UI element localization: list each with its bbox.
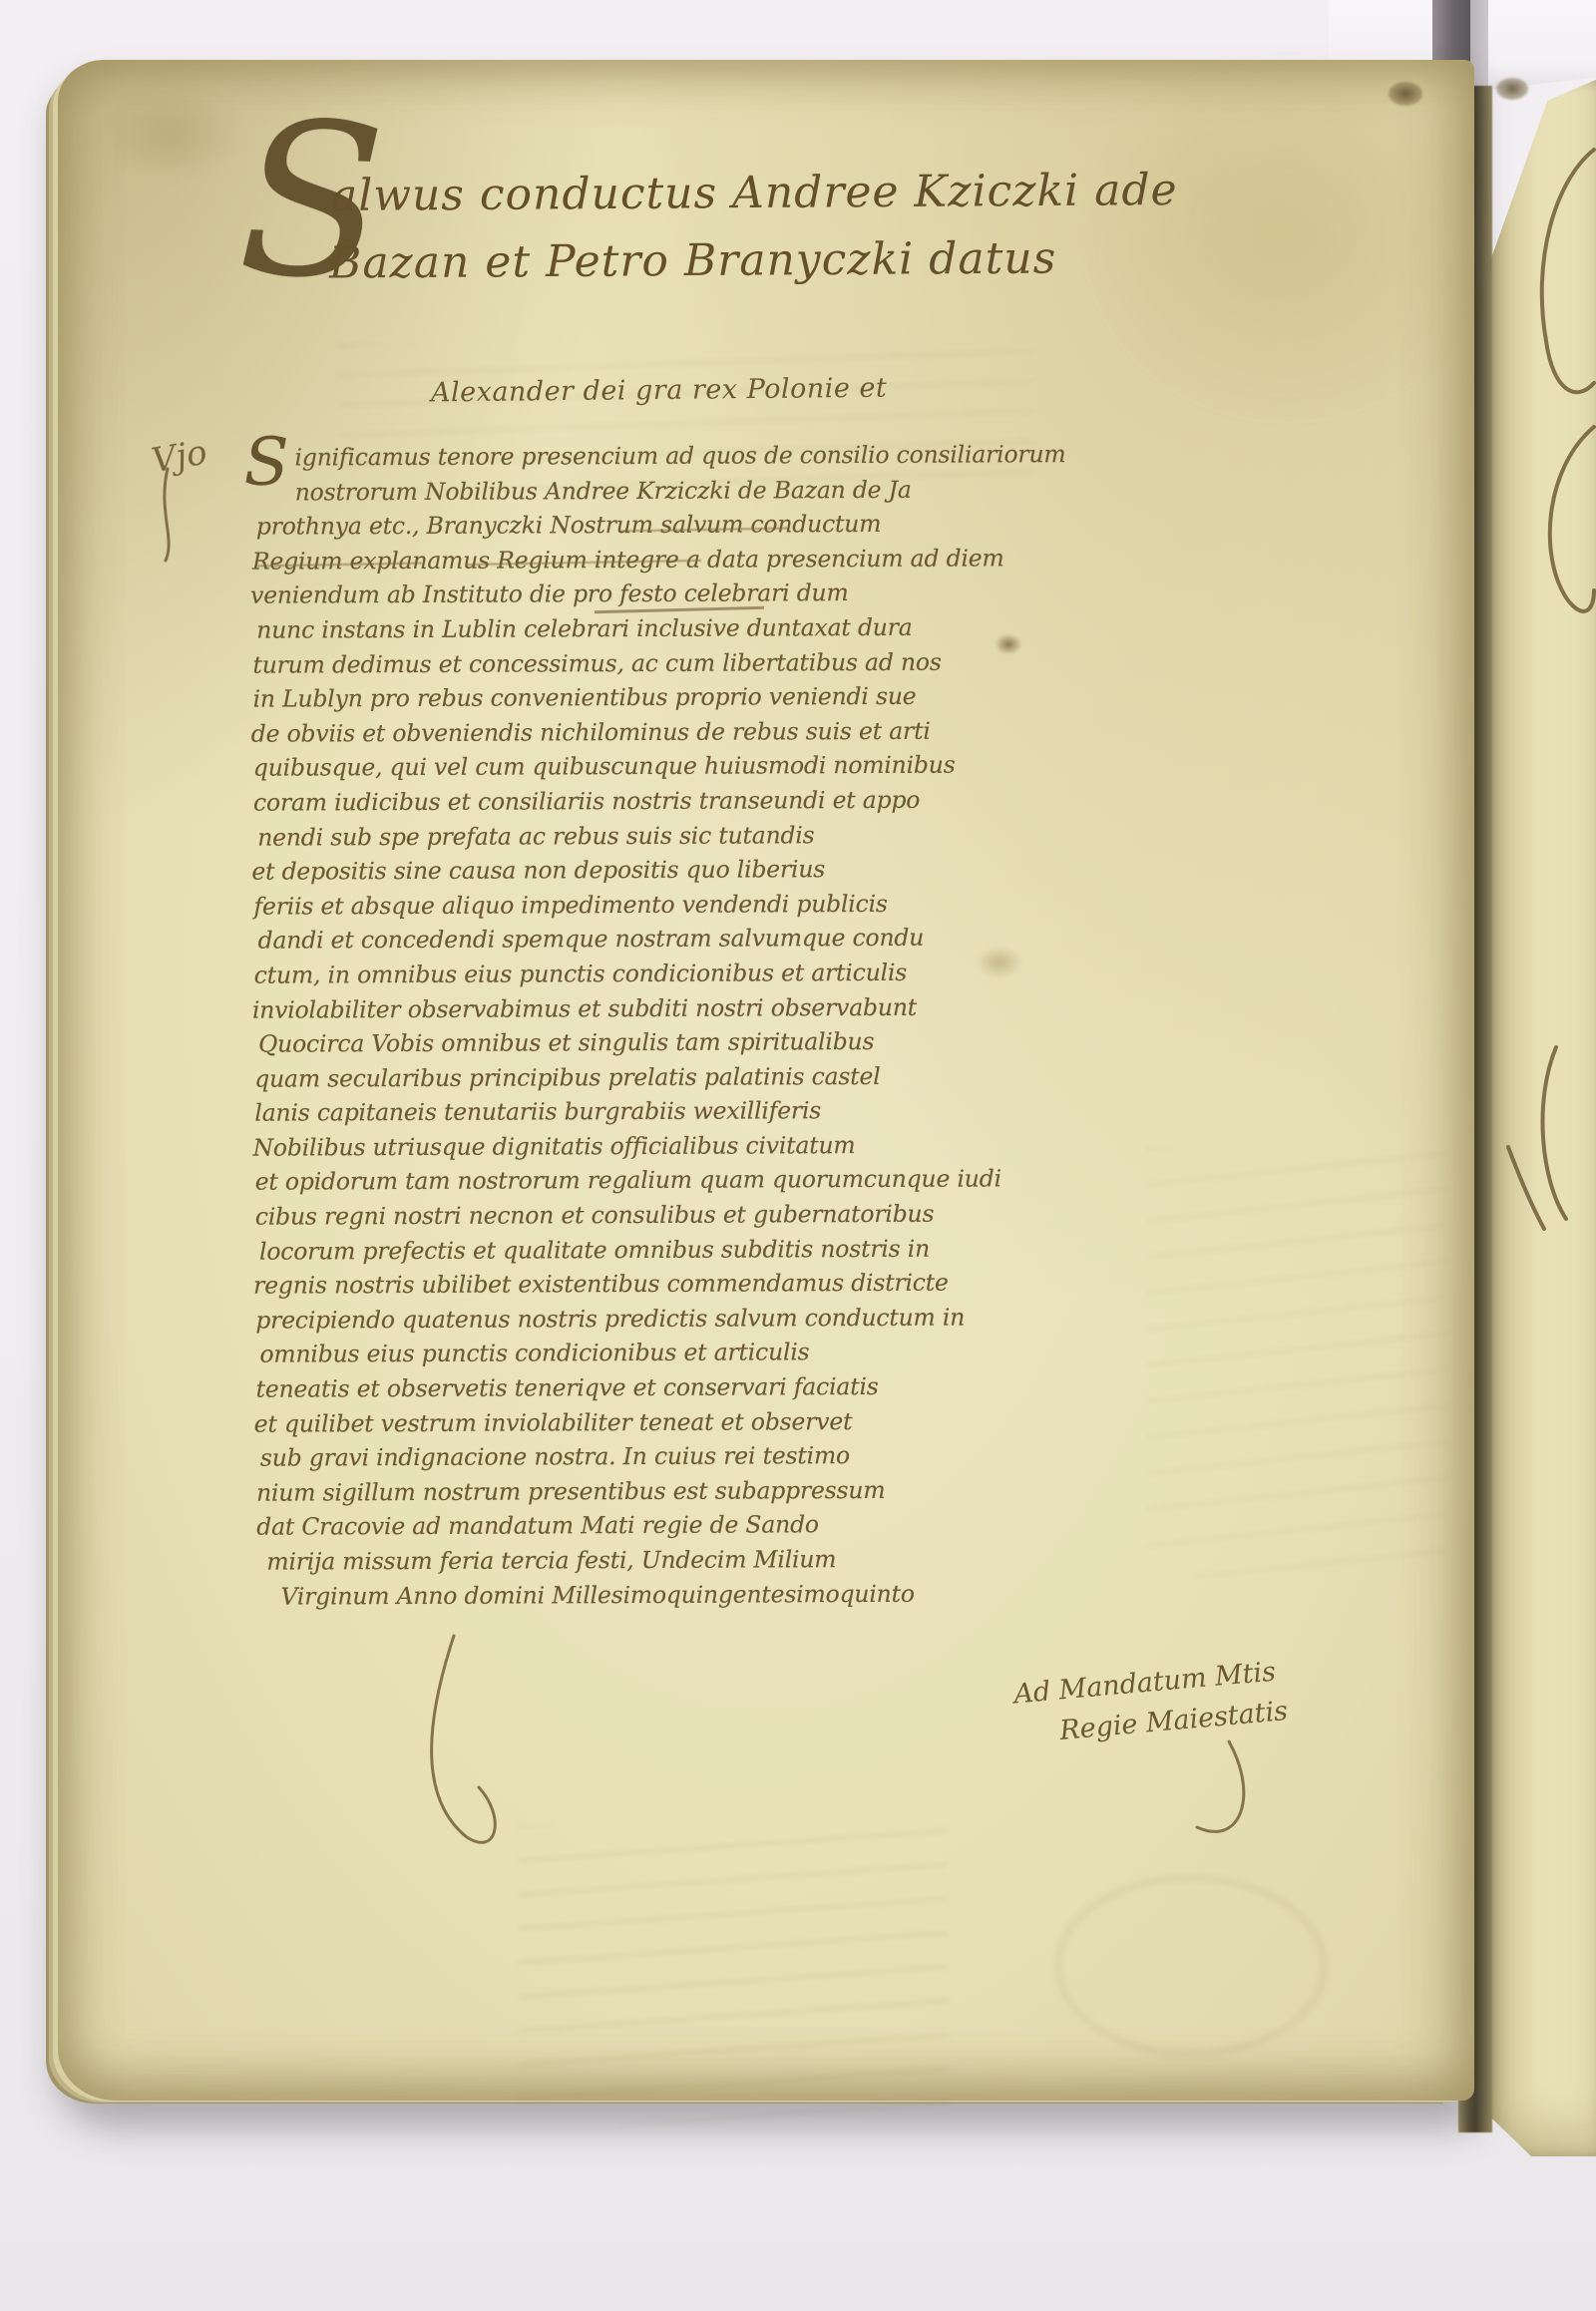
manuscript-text-line: dat Cracovie ad mandatum Mati regie de S… bbox=[256, 1507, 1022, 1545]
manuscript-text-line: prothnya etc., Branyczki Nostrum salvum … bbox=[256, 507, 1018, 545]
manuscript-text-line: ctum, in omnibus eius punctis condicioni… bbox=[254, 955, 1020, 992]
manuscript-text-line: nostrorum Nobilibus Andree Krziczki de B… bbox=[252, 472, 1018, 510]
manuscript-text-line: regnis nostris ubilibet existentibus com… bbox=[253, 1266, 1021, 1304]
salutation-line: Alexander dei gra rex Polonie et bbox=[431, 373, 888, 409]
manuscript-text-line: precipiendo quatenus nostris predictis s… bbox=[255, 1300, 1021, 1338]
book-spread-photo: S alwus conductus Andree Kziczki ade Baz… bbox=[0, 0, 1596, 2311]
manuscript-text-line: de obviis et obveniendis nichilominus de… bbox=[251, 713, 1019, 751]
manuscript-text-line: in Lublyn pro rebus convenientibus propr… bbox=[252, 678, 1018, 716]
manuscript-text-line: Quocirca Vobis omnibus et singulis tam s… bbox=[258, 1023, 1020, 1061]
manuscript-text-line: nunc instans in Lublin celebrari inclusi… bbox=[256, 609, 1018, 647]
manuscript-text-line: quibusque, qui vel cum quibuscunque huiu… bbox=[253, 748, 1019, 786]
manuscript-text-line: omnibus eius punctis condicionibus et ar… bbox=[259, 1335, 1021, 1372]
manuscript-text-line: mirija missum feria tercia festi, Undeci… bbox=[266, 1541, 1022, 1579]
page-title-line1: alwus conductus Andree Kziczki ade bbox=[331, 165, 1178, 221]
manuscript-text-line: et opidorum tam nostrorum regalium quam … bbox=[255, 1162, 1021, 1200]
manuscript-text-line: Virginum Anno domini Millesimoquingentes… bbox=[280, 1576, 1022, 1614]
manuscript-text-line: Nobilibus utriusque dignitatis officiali… bbox=[252, 1127, 1020, 1165]
manuscript-text-line: turum dedimus et concessimus, ac cum lib… bbox=[252, 644, 1018, 682]
manuscript-text-line: lanis capitaneis tenutariis burgrabiis w… bbox=[254, 1093, 1020, 1131]
page-title-line2: Bazan et Petro Branyczki datus bbox=[329, 232, 1057, 288]
manuscript-text-line: nendi sub spe prefata ac rebus suis sic … bbox=[257, 817, 1019, 855]
facing-page-edge bbox=[1488, 80, 1596, 2156]
manuscript-text-line: et depositis sine causa non depositis qu… bbox=[251, 851, 1019, 889]
manuscript-text-line: feriis et absque aliquo impedimento vend… bbox=[253, 886, 1019, 924]
manuscript-text-line: veniendum ab Instituto die pro festo cel… bbox=[250, 576, 1018, 613]
manuscript-text-line: cibus regni nostri necnon et consulibus … bbox=[255, 1196, 1021, 1234]
body-text-block: Significamus tenore presencium ad quos d… bbox=[251, 437, 1022, 1614]
ring-stain bbox=[1055, 1875, 1327, 2057]
manuscript-text-line: teneatis et observetis teneriqve et cons… bbox=[256, 1368, 1022, 1406]
manuscript-text-line: quam secularibus principibus prelatis pa… bbox=[254, 1058, 1020, 1096]
manuscript-text-line: coram iudicibus et consiliariis nostris … bbox=[253, 782, 1019, 820]
manuscript-text-line: nium sigillum nostrum presentibus est su… bbox=[256, 1472, 1022, 1510]
manuscript-text-line: dandi et concedendi spemque nostram salv… bbox=[258, 921, 1020, 959]
manuscript-text-line: locorum prefectis et qualitate omnibus s… bbox=[259, 1231, 1021, 1269]
manuscript-text-line: et quilibet vestrum inviolabiliter tenea… bbox=[254, 1403, 1022, 1441]
manuscript-text-line: sub gravi indignacione nostra. In cuius … bbox=[260, 1438, 1022, 1476]
manuscript-text-line: Regium explanamus Regium integre a data … bbox=[252, 541, 1018, 578]
manuscript-text-line: inviolabiliter observabimus et subditi n… bbox=[252, 989, 1020, 1027]
manuscript-text-line: Significamus tenore presencium ad quos d… bbox=[249, 437, 1017, 475]
